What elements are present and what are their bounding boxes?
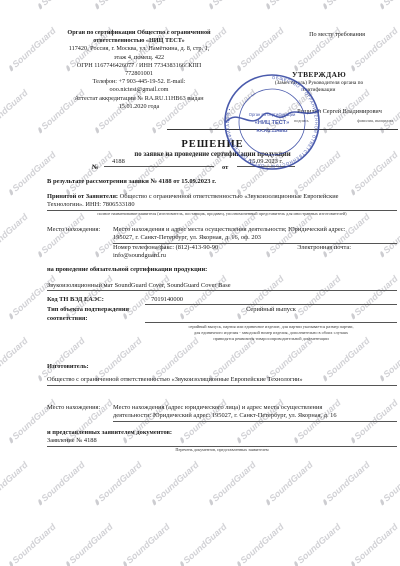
stamp-center-line2: «НИЦ ТЕСТ» xyxy=(255,120,289,126)
place-note: По месту требования xyxy=(278,31,396,39)
org-name-line2: ответственностью «НИЦ ТЕСТ» xyxy=(40,37,238,45)
object-type-caption: серийный выпуск, партия или единичное из… xyxy=(145,324,397,341)
phone-row: Номер телефона/факс: (812)-413-90-90 Эле… xyxy=(113,244,397,252)
location2-block: Место нахождения: Место нахождения (адре… xyxy=(47,404,397,422)
result-line: В результате рассмотрения заявки № 4188 … xyxy=(47,178,397,186)
certification-stamp: ОБЩЕСТВО С ОГРАНИЧЕННОЙ ОТВЕТСТВЕННОСТЬЮ… xyxy=(216,66,328,178)
document-page: SoundGuardSoundGuardSoundGuardSoundGuard… xyxy=(0,0,400,566)
manufacturer-value: Общество с ограниченной ответственностью… xyxy=(47,376,397,385)
stamp-center-line3: RA.RU.11НВ63 xyxy=(257,128,289,133)
manufacturer-block: Изготовитель: Общество с ограниченной от… xyxy=(47,363,397,386)
number-sign: № xyxy=(92,164,99,173)
applicant-caption: полное наименование заявителя (изготовит… xyxy=(47,211,397,217)
product-line: Звукоизоляционный мат SoundGuard Cover, … xyxy=(47,282,397,291)
name-caption: фамилия, инициалы xyxy=(357,118,393,123)
documents-block: и представленных заявителем документов: … xyxy=(47,429,397,452)
location1-block: Место нахождения: Место нахождения и адр… xyxy=(47,226,397,260)
manufacturer-label: Изготовитель: xyxy=(47,363,397,371)
document-content: Орган по сертификации Общество с огранич… xyxy=(0,0,400,566)
org-details: 117420, Россия, г. Москва, ул. Намёткина… xyxy=(40,45,238,111)
tnved-value: 7019140000 xyxy=(145,296,397,305)
object-type-label: Тип объекта подтверждения соответствия: xyxy=(47,306,145,323)
applicant-value-row: Принятой от Заявителя: Общество с ограни… xyxy=(47,193,397,211)
docs-label: и представленных заявителем документов: xyxy=(47,429,397,437)
tnved-block: Код ТН ВЭД ЕАЭС: 7019140000 Тип объекта … xyxy=(47,296,397,341)
email-value: info@soundguard.ru xyxy=(113,252,397,260)
certification-body-block: Орган по сертификации Общество с огранич… xyxy=(40,29,238,111)
location1-value: Место нахождения и адрес места осуществл… xyxy=(113,226,397,244)
application-number: 4188 xyxy=(104,158,214,167)
docs-value: Заявление № 4188 xyxy=(47,437,397,446)
purpose-line: на проведение обязательной сертификации … xyxy=(47,266,397,274)
document-title: РЕШЕНИЕ xyxy=(30,138,395,152)
applicant-label: Принятой от Заявителя: xyxy=(47,193,118,200)
email-label: Электронная почта: xyxy=(297,244,397,252)
phone-value: Номер телефона/факс: (812)-413-90-90 xyxy=(113,244,218,252)
object-type-value: Серийный выпуск xyxy=(145,306,397,323)
docs-caption: Перечень документов, представленных заяв… xyxy=(47,447,397,453)
location1-label: Место нахождения: xyxy=(47,226,113,234)
location2-label: Место нахождения: xyxy=(47,404,113,412)
location2-value: Место нахождения (адрес юридического лиц… xyxy=(113,404,397,422)
tnved-label: Код ТН ВЭД ЕАЭС: xyxy=(47,296,145,305)
org-name-line1: Орган по сертификации Общество с огранич… xyxy=(40,29,238,37)
applicant-block: Принятой от Заявителя: Общество с ограни… xyxy=(47,193,397,216)
